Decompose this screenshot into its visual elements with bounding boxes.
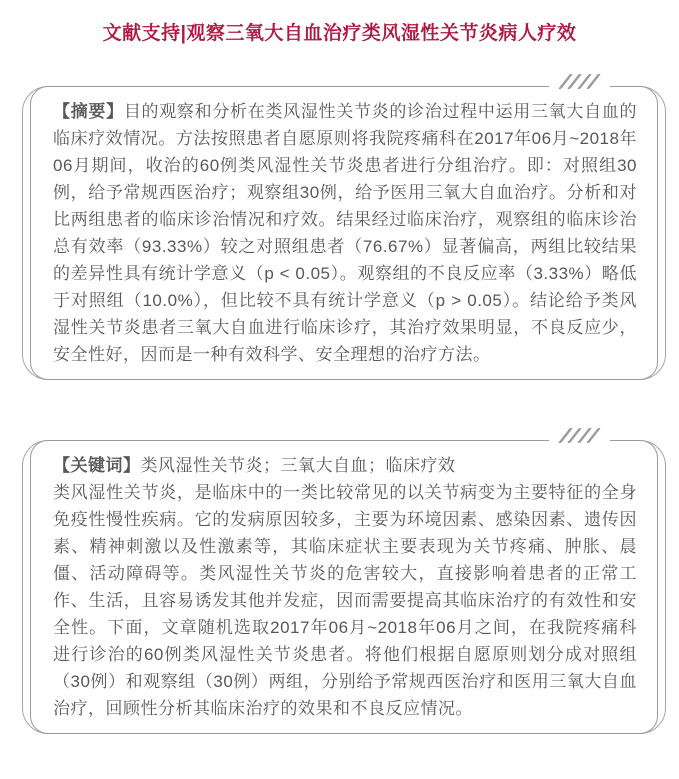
abstract-label: 【摘要】 [53, 102, 124, 121]
keywords-body-text: 类风湿性关节炎，是临床中的一类比较常见的以关节病变为主要特征的全身免疫性慢性疾病… [53, 483, 637, 718]
hatch-slashes-icon [549, 427, 610, 454]
abstract-text: 目的观察和分析在类风湿性关节炎的诊治过程中运用三氧大自血的临床疗效情况。方法按照… [53, 102, 637, 364]
abstract-card-body: 【摘要】目的观察和分析在类风湿性关节炎的诊治过程中运用三氧大自血的临床疗效情况。… [30, 86, 658, 380]
abstract-paragraph: 【摘要】目的观察和分析在类风湿性关节炎的诊治过程中运用三氧大自血的临床疗效情况。… [53, 98, 637, 368]
keywords-card-body: 【关键词】类风湿性关节炎；三氧大自血；临床疗效 类风湿性关节炎，是临床中的一类比… [30, 440, 658, 734]
page-title: 文献支持|观察三氧大自血治疗类风湿性关节炎病人疗效 [0, 0, 679, 47]
article-page: 文献支持|观察三氧大自血治疗类风湿性关节炎病人疗效 【摘要】目的观察和分析在类风… [0, 0, 679, 779]
keywords-card: 【关键词】类风湿性关节炎；三氧大自血；临床疗效 类风湿性关节炎，是临床中的一类比… [22, 440, 666, 734]
hatch-slashes-icon [549, 73, 610, 100]
keywords-label: 【关键词】 [53, 456, 141, 475]
keywords-text: 类风湿性关节炎；三氧大自血；临床疗效 [141, 456, 456, 475]
keywords-paragraph: 类风湿性关节炎，是临床中的一类比较常见的以关节病变为主要特征的全身免疫性慢性疾病… [53, 479, 637, 722]
keywords-line: 【关键词】类风湿性关节炎；三氧大自血；临床疗效 [53, 452, 637, 479]
abstract-card: 【摘要】目的观察和分析在类风湿性关节炎的诊治过程中运用三氧大自血的临床疗效情况。… [22, 86, 666, 380]
